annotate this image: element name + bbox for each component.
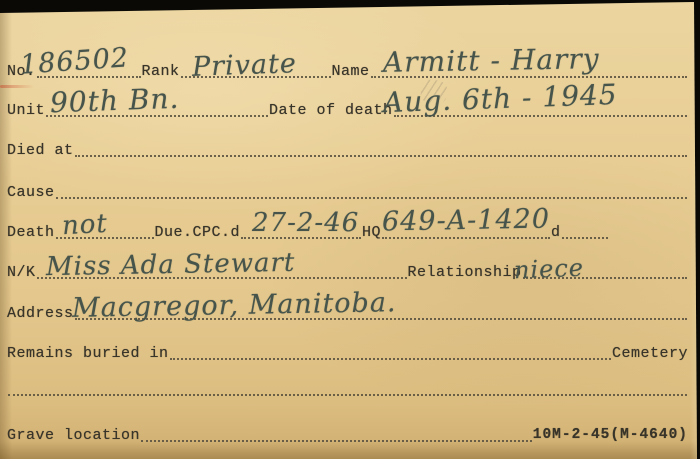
nk-label: N/K [7,264,36,281]
dotted-line [75,151,687,157]
field-row-died-at: Died at [7,141,688,159]
due-cpc-label: Due.CPC.d [155,224,241,241]
rank-value-handwriting: Private [191,48,297,83]
hq-value-handwriting: 649-A-1420 [382,204,551,238]
death-label: Death [7,224,55,241]
field-row-grave-location: Grave location 10M-2-45(M-4640) [7,426,688,444]
due-cpc-value-handwriting: 27-2-46 [252,208,359,238]
field-row-remains-cemetery: Remains buried in Cemetery [7,344,688,362]
remains-buried-in-label: Remains buried in [7,345,169,362]
address-value-handwriting: Macgregor, Manitoba. [72,287,397,324]
name-value-handwriting: Armitt - Harry [383,42,600,79]
relationship-value-handwriting: niece [514,254,585,284]
relationship-label: Relationship [408,264,522,281]
field-row-cause: Cause [7,183,688,201]
death-value-handwriting: not [61,209,108,241]
date-of-death-label: Date of death [269,102,393,119]
grave-location-label: Grave location [7,427,140,444]
unit-value-handwriting: 90th Bn. [49,82,179,119]
full-width-dotted-rule [7,380,688,398]
red-pencil-mark [0,85,34,88]
dotted-line [8,390,687,396]
form-print-number: 10M-2-45(M-4640) [533,427,688,444]
cemetery-label: Cemetery [612,345,688,362]
unit-label: Unit [7,102,45,119]
dotted-line [141,436,532,442]
d-label: d [551,224,561,241]
index-card: No. Rank Name Unit Date of death Died at… [0,0,700,459]
blank-space [609,237,688,241]
name-label: Name [332,63,370,80]
dotted-line [562,233,608,239]
died-at-label: Died at [7,142,74,159]
rank-label: Rank [142,63,180,80]
address-label: Address [7,305,74,322]
dotted-line [170,354,611,360]
nk-value-handwriting: Miss Ada Stewart [46,248,296,282]
dotted-line [56,193,687,199]
cause-label: Cause [7,184,55,201]
hq-label: HQ [362,224,381,241]
